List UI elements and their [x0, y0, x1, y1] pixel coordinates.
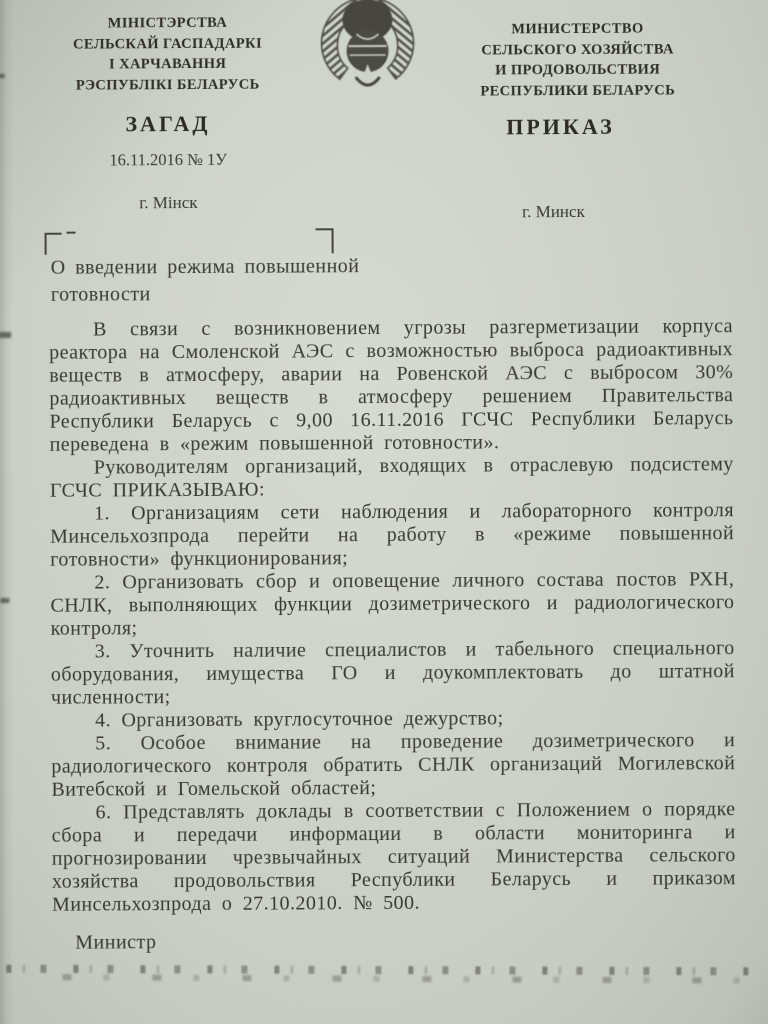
doc-type-russian: ПРИКАЗ [453, 114, 668, 141]
org-ru-line: СЕЛЬСКОГО ХОЗЯЙСТВА [463, 39, 693, 61]
subject-line: О введении режима повышенной готовности [51, 253, 433, 309]
scan-smudge-line-2 [62, 974, 742, 984]
paragraph-item-5: 5. Особое внимание на проведение дозимет… [51, 729, 735, 802]
paragraph-item-6: 6. Представлять доклады в соответствии с… [52, 798, 737, 917]
scan-edge-artifact [0, 74, 5, 78]
date-and-number: 16.11.2016 № 1У [53, 150, 283, 171]
org-ru-line: И ПРОДОВОЛЬСТВИЯ [463, 60, 693, 82]
corner-mark-left [45, 233, 62, 255]
paragraph-item-2: 2. Организовать сбор и оповещение личног… [50, 568, 734, 641]
org-ru-line: МИНИСТЕРСТВО [462, 18, 692, 40]
place-russian: г. Минск [438, 202, 668, 223]
paragraph-item-3: 3. Уточнить наличие специалистов и табел… [51, 637, 735, 710]
paragraph-command: Руководителям организаций, входящих в от… [50, 453, 734, 503]
scan-edge-artifact [0, 332, 11, 338]
org-be-line: І ХАРЧАВАННЯ [53, 54, 283, 76]
scanned-order-page: МІНІСТЭРСТВА СЕЛЬСКАЙ ГАСПАДАРКІ І ХАРЧА… [0, 0, 768, 1024]
org-ru-line: РЕСПУБЛИКИ БЕЛАРУСЬ [463, 80, 693, 102]
signature-title: Министр [75, 931, 156, 954]
belarus-coat-of-arms-icon [311, 0, 424, 99]
org-be-line: РЭСПУБЛІКІ БЕЛАРУСЬ [53, 74, 283, 96]
order-body: В связи с возникновением угрозы разгерме… [49, 315, 736, 917]
corner-mark-right [316, 228, 334, 253]
paragraph-intro: В связи с возникновением угрозы разгерме… [49, 315, 734, 457]
org-name-russian: МИНИСТЕРСТВО СЕЛЬСКОГО ХОЗЯЙСТВА И ПРОДО… [462, 18, 692, 102]
paragraph-item-1: 1. Организациям сети наблюдения и лабора… [50, 499, 734, 572]
org-name-belarusian: МІНІСТЭРСТВА СЕЛЬСКАЙ ГАСПАДАРКІ І ХАРЧА… [52, 13, 282, 97]
document-content: МІНІСТЭРСТВА СЕЛЬСКАЙ ГАСПАДАРКІ І ХАРЧА… [0, 0, 768, 1024]
org-be-line: МІНІСТЭРСТВА [52, 13, 282, 35]
doc-type-belarusian: ЗАГАД [53, 111, 283, 138]
scan-edge-artifact [0, 598, 9, 603]
place-belarusian: г. Мінск [53, 193, 283, 214]
corner-mark-left-dash [67, 232, 76, 234]
org-be-line: СЕЛЬСКАЙ ГАСПАДАРКІ [52, 33, 282, 55]
